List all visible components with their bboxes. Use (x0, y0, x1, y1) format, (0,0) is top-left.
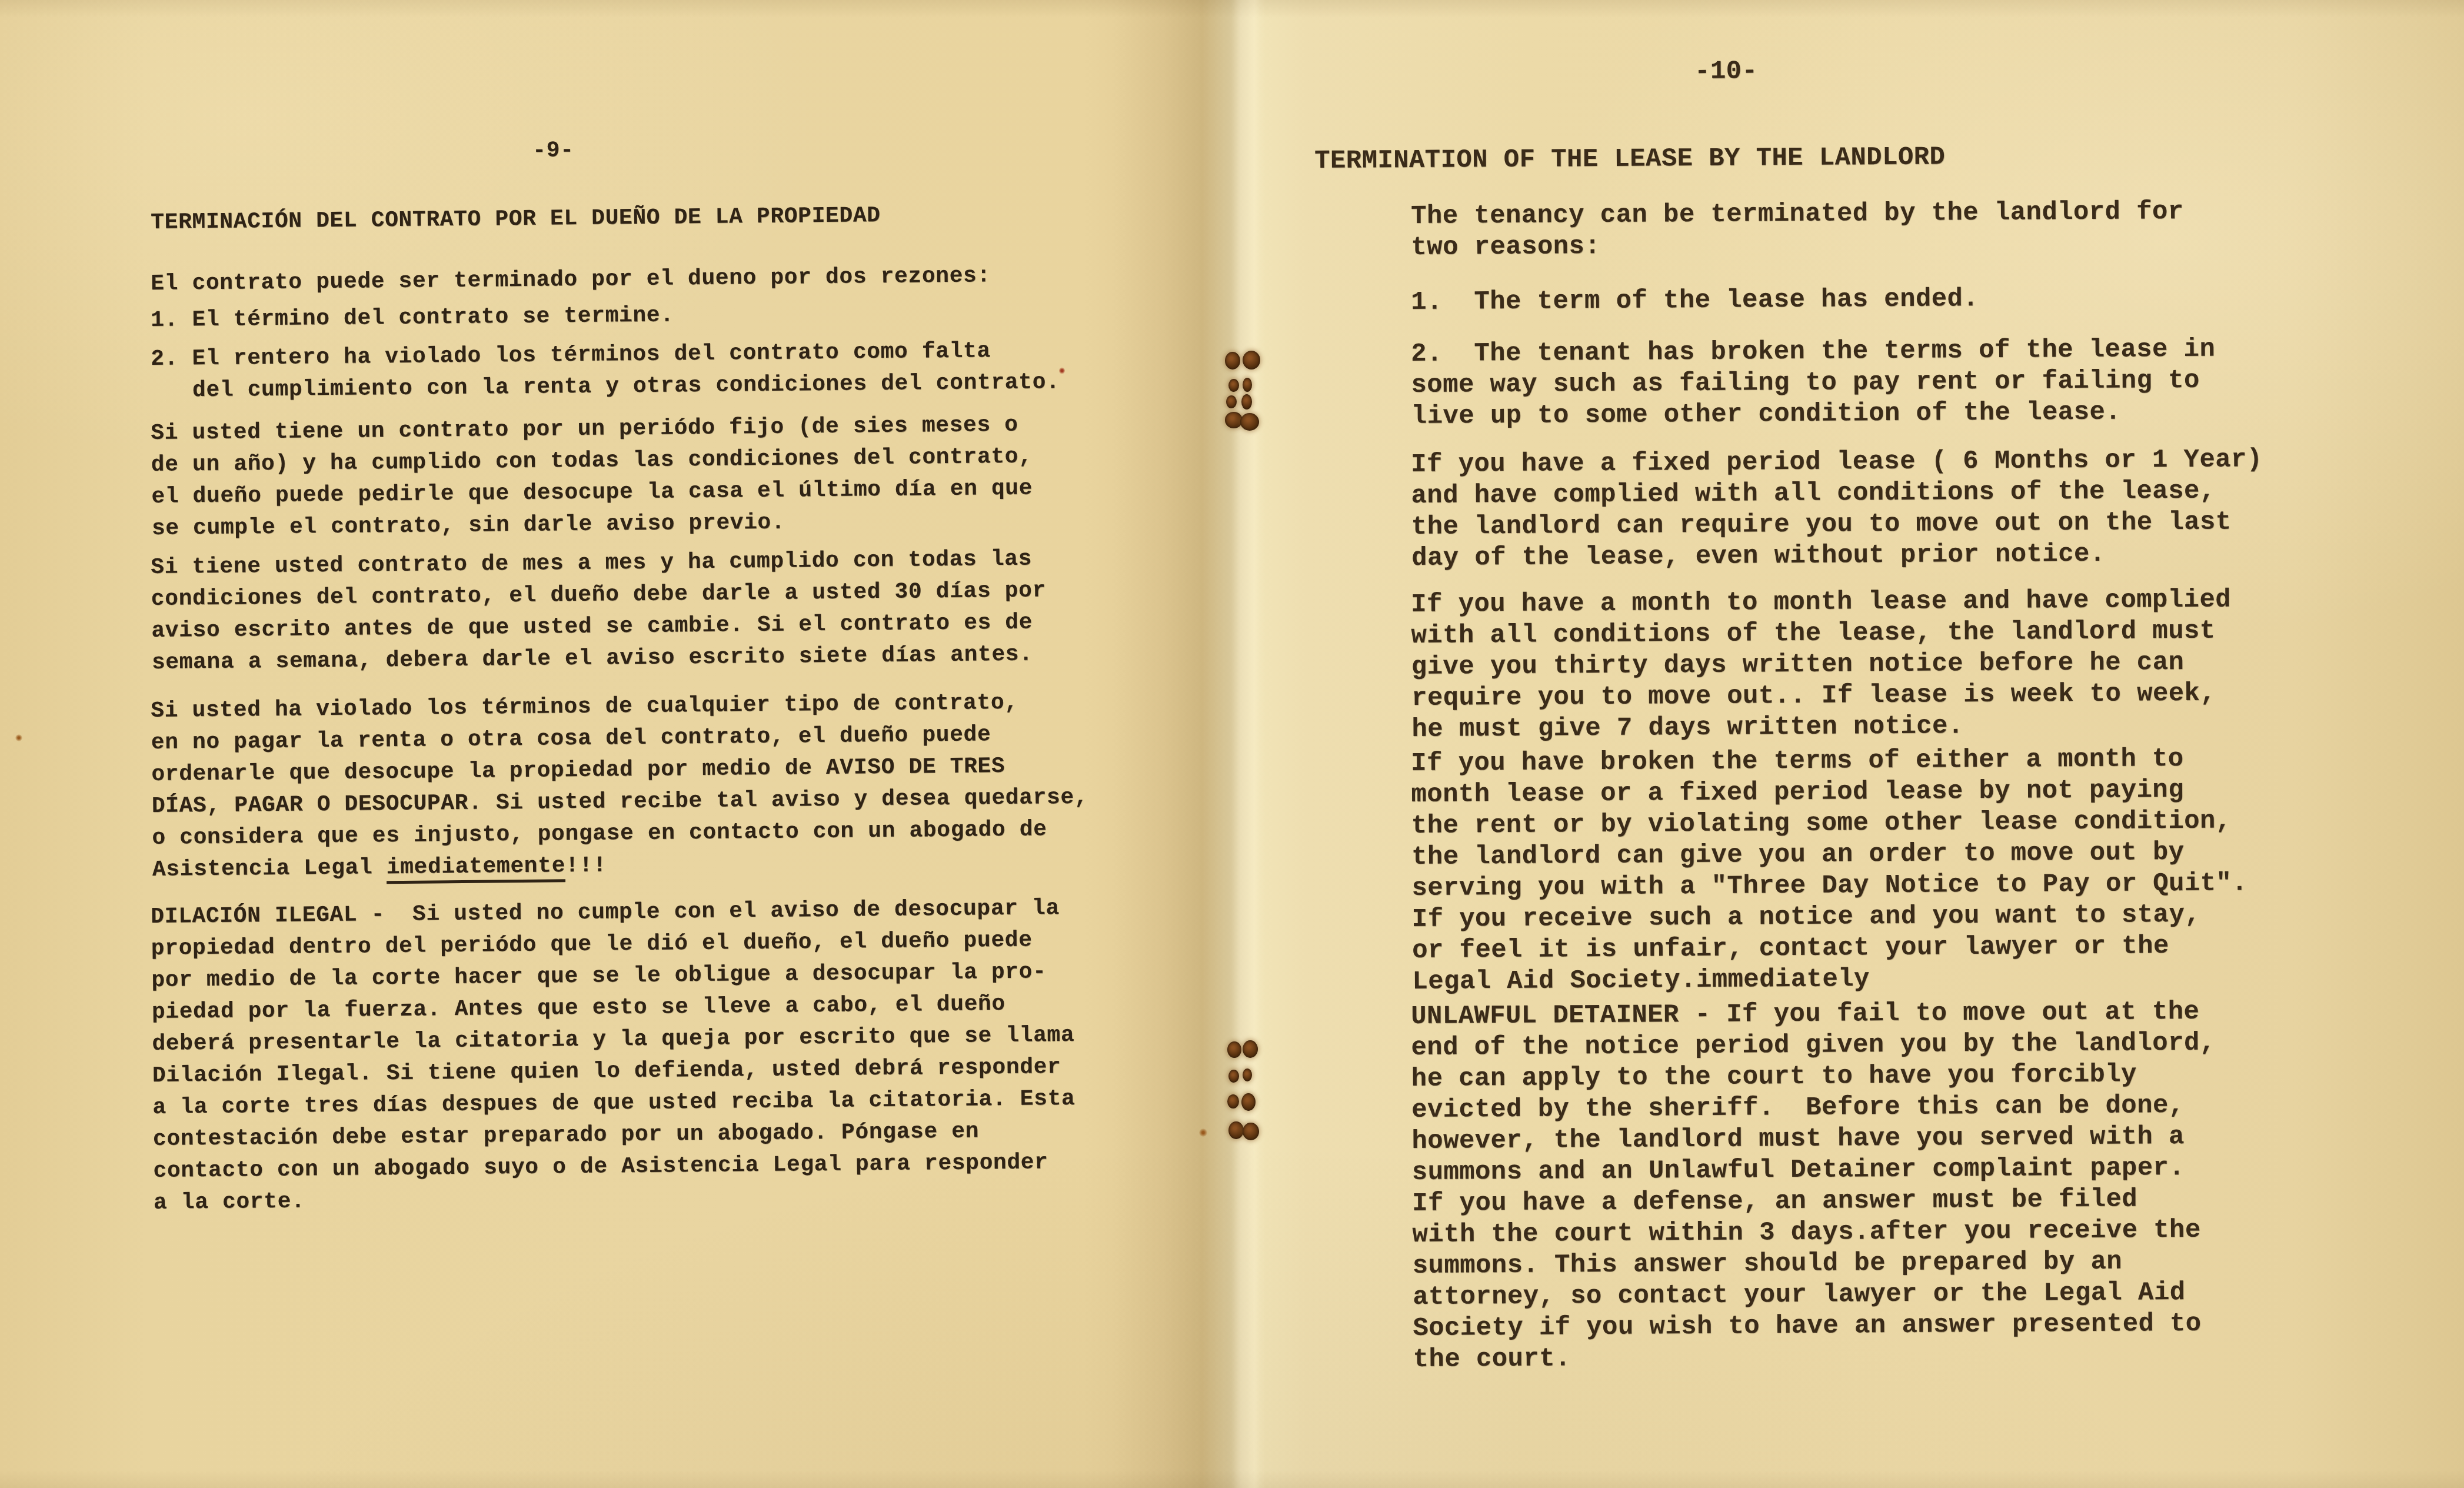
stitch-hole (1243, 1068, 1252, 1081)
stitch-hole (1241, 1093, 1256, 1111)
stitch-hole (1240, 413, 1259, 431)
stitch-hole (1227, 1041, 1241, 1058)
paper-speck (1059, 367, 1065, 374)
stitch-hole (1243, 378, 1252, 392)
page-number: -9- (532, 135, 574, 167)
list-item: 1. El término del contrato se termine. (151, 299, 674, 337)
list-item: 2. El rentero ha violado los términos de… (151, 335, 1060, 407)
booklet-scan: -9- TERMINACIÓN DEL CONTRATO POR EL DUEÑ… (0, 0, 2464, 1488)
stitch-hole (1227, 1094, 1239, 1108)
paragraph: Si usted tiene un contrato por un periód… (151, 410, 1033, 545)
underlined-word: imediatemente (386, 853, 565, 884)
stitch-hole (1243, 1123, 1259, 1140)
paper-speck (15, 734, 22, 741)
page-number: -10- (1694, 56, 1758, 88)
page-heading: TERMINATION OF THE LEASE BY THE LANDLORD (1314, 142, 1945, 177)
page-heading: TERMINACIÓN DEL CONTRATO POR EL DUEÑO DE… (151, 200, 881, 239)
list-item: 1. The term of the lease has ended. (1411, 284, 1979, 318)
gutter-crease-shadow (1112, 0, 1265, 1488)
paragraph: If you have a fixed period lease ( 6 Mon… (1411, 444, 2263, 574)
paragraph: Si tiene usted contrato de mes a mes y h… (151, 543, 1047, 679)
paper-speck (1199, 1129, 1207, 1137)
paragraph: Si usted ha violado los términos de cual… (151, 687, 1088, 886)
stitch-hole (1243, 1040, 1258, 1058)
stitch-hole (1228, 379, 1239, 392)
stitch-hole (1243, 351, 1260, 369)
paragraph-text: !!! (565, 853, 607, 879)
intro-paragraph: The tenancy can be terminated by the lan… (1411, 197, 2184, 264)
stitch-hole (1241, 394, 1252, 410)
stitch-hole (1226, 395, 1237, 408)
stitch-hole (1228, 1070, 1239, 1083)
list-item: 2. The tenant has broken the terms of th… (1411, 334, 2216, 432)
paragraph: If you have broken the terms of either a… (1411, 743, 2248, 998)
paragraph: UNLAWFUL DETAINER - If you fail to move … (1411, 997, 2217, 1376)
stitch-hole (1228, 1121, 1244, 1139)
paragraph-text: Si usted ha violado los términos de cual… (151, 690, 1088, 883)
paragraph: DILACIÓN ILEGAL - Si usted no cumple con… (151, 893, 1076, 1219)
stitch-hole (1225, 352, 1240, 369)
intro-paragraph: El contrato puede ser terminado por el d… (151, 260, 991, 300)
paragraph: If you have a month to month lease and h… (1411, 584, 2232, 745)
